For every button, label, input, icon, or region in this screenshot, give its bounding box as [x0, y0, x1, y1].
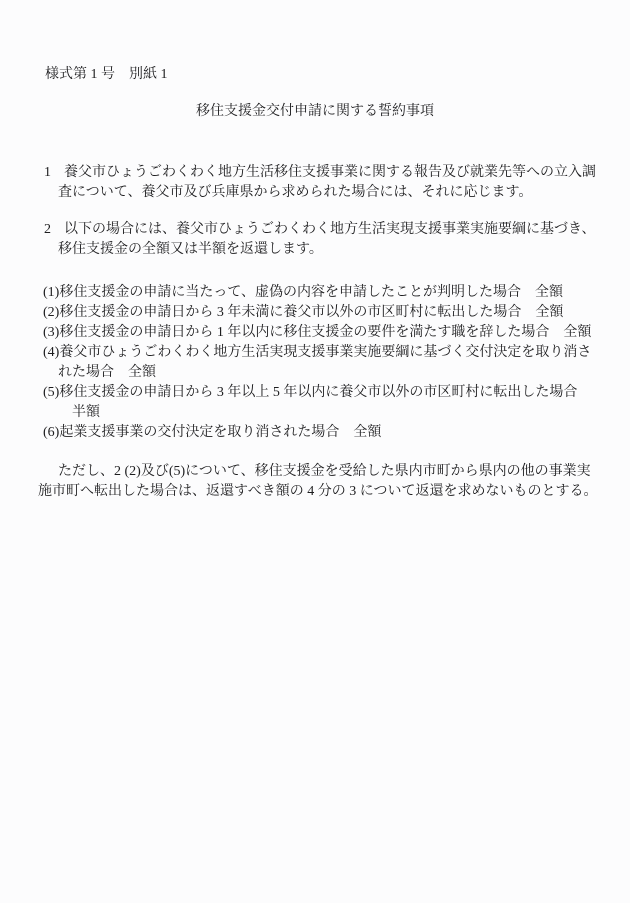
return-conditions-list: (1)移住支援金の申請に当たって、虚偽の内容を申請したことが判明した場合 全額 … [43, 283, 621, 443]
form-number-label: 様式第 1 号 別紙 1 [45, 65, 168, 85]
subclause-marker: (4) [43, 345, 59, 360]
document-page: 様式第 1 号 別紙 1 移住支援金交付申請に関する誓約事項 1養父市ひょうごわ… [0, 0, 630, 903]
clause-2: 2以下の場合には、養父市ひょうごわくわく地方生活実現支援事業実施要綱に基づき、 … [44, 220, 630, 260]
clause-1: 1養父市ひょうごわくわく地方生活移住支援事業に関する報告及び就業先等への立入調 … [44, 163, 630, 203]
subclause-text: 移住支援金の申請日から 3 年未満に養父市以外の市区町村に転出した場合 全額 [59, 305, 563, 320]
subclause-marker: (2) [43, 305, 59, 320]
clause-text: 以下の場合には、養父市ひょうごわくわく地方生活実現支援事業実施要綱に基づき、 移… [58, 222, 595, 257]
subclause-row-2: (2)移住支援金の申請日から 3 年未満に養父市以外の市区町村に転出した場合 全… [43, 303, 621, 323]
clause-text: 養父市ひょうごわくわく地方生活移住支援事業に関する報告及び就業先等への立入調 査… [58, 165, 596, 200]
subclause-text: 移住支援金の申請に当たって、虚偽の内容を申請したことが判明した場合 全額 [59, 285, 563, 300]
subclause-row-3: (3)移住支援金の申請日から 1 年以内に移住支援金の要件を満たす職を辞した場合… [43, 323, 621, 343]
subclause-row-1: (1)移住支援金の申請に当たって、虚偽の内容を申請したことが判明した場合 全額 [43, 283, 621, 303]
clause-number: 1 [44, 165, 51, 180]
subclause-text: 移住支援金の申請日から 3 年以上 5 年以内に養父市以外の市区町村に転出した場… [58, 385, 577, 420]
subclause-row-4: (4)養父市ひょうごわくわく地方生活実現支援事業実施要綱に基づく交付決定を取り消… [43, 343, 621, 383]
proviso-paragraph: ただし、2 (2)及び(5)について、移住支援金を受給した県内市町から県内の他の… [38, 462, 622, 502]
subclause-marker: (3) [43, 325, 59, 340]
subclause-text: 養父市ひょうごわくわく地方生活実現支援事業実施要綱に基づく交付決定を取り消さ れ… [58, 345, 591, 380]
subclause-marker: (6) [43, 425, 59, 440]
subclause-row-6: (6)起業支援事業の交付決定を取り消された場合 全額 [43, 423, 621, 443]
subclause-text: 起業支援事業の交付決定を取り消された場合 全額 [59, 425, 381, 440]
subclause-marker: (1) [43, 285, 59, 300]
subclause-marker: (5) [43, 385, 59, 400]
subclause-row-5: (5)移住支援金の申請日から 3 年以上 5 年以内に養父市以外の市区町村に転出… [43, 383, 621, 423]
subclause-text: 移住支援金の申請日から 1 年以内に移住支援金の要件を満たす職を辞した場合 全額 [59, 325, 591, 340]
clause-number: 2 [44, 222, 51, 237]
document-title: 移住支援金交付申請に関する誓約事項 [0, 102, 630, 122]
